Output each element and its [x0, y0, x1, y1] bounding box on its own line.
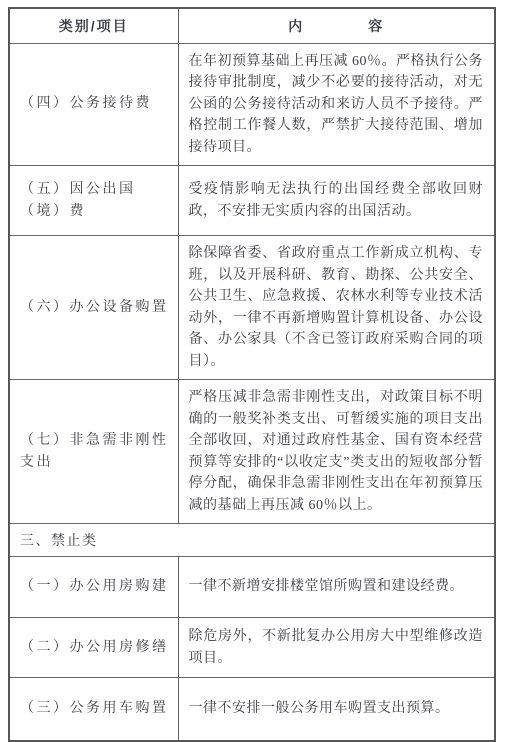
table-header-row: 类别/项目 内 容	[9, 8, 495, 43]
content-cell: 受疫情影响无法执行的出国经费全部收回财政，不安排无实质内容的出国活动。	[178, 166, 495, 236]
category-cell: （六）办公设备购置	[9, 236, 178, 380]
content-cell: 严格压减非急需非刚性支出，对政策目标不明确的一般奖补类支出、可暂缓实施的项目支出…	[178, 380, 495, 524]
table-row-non-urgent-spending: （七）非急需非刚性支出 严格压减非急需非刚性支出，对政策目标不明确的一般奖补类支…	[9, 380, 495, 524]
table-row-overseas-travel: （五）因公出国（境）费 受疫情影响无法执行的出国经费全部收回财政，不安排无实质内…	[9, 166, 495, 236]
table-row-official-reception: （四）公务接待费 在年初预算基础上再压减 60％。严格执行公务接待审批制度，减少…	[9, 43, 495, 166]
category-cell: （七）非急需非刚性支出	[9, 380, 178, 524]
table-row-office-equipment: （六）办公设备购置 除保障省委、省政府重点工作新成立机构、专班，以及开展科研、教…	[9, 236, 495, 380]
expense-restriction-table: 类别/项目 内 容 （四）公务接待费 在年初预算基础上再压减 60％。严格执行公…	[8, 7, 496, 742]
content-cell: 在年初预算基础上再压减 60％。严格执行公务接待审批制度，减少不必要的接待活动，…	[178, 43, 495, 166]
category-cell: （三）公务用车购置	[9, 678, 178, 741]
category-cell: （四）公务接待费	[9, 43, 178, 166]
section-header-cell: 三、禁止类	[9, 524, 495, 557]
content-cell: 除危房外，不新批复办公用房大中型维修改造项目。	[178, 618, 495, 678]
content-cell: 除保障省委、省政府重点工作新成立机构、专班，以及开展科研、教育、勘探、公共安全、…	[178, 236, 495, 380]
header-category-cell: 类别/项目	[9, 8, 178, 43]
content-cell: 一律不新增安排楼堂馆所购置和建设经费。	[178, 557, 495, 618]
section-header-row: 三、禁止类	[9, 524, 495, 557]
category-cell: （五）因公出国（境）费	[9, 166, 178, 236]
category-cell: （一）办公用房购建	[9, 557, 178, 618]
table-row-official-vehicle-purchase: （三）公务用车购置 一律不安排一般公务用车购置支出预算。	[9, 678, 495, 741]
header-content-cell: 内 容	[178, 8, 495, 43]
content-cell: 一律不安排一般公务用车购置支出预算。	[178, 678, 495, 741]
table-row-office-building-purchase: （一）办公用房购建 一律不新增安排楼堂馆所购置和建设经费。	[9, 557, 495, 618]
table-row-office-building-renovation: （二）办公用房修缮 除危房外，不新批复办公用房大中型维修改造项目。	[9, 618, 495, 678]
category-cell: （二）办公用房修缮	[9, 618, 178, 678]
